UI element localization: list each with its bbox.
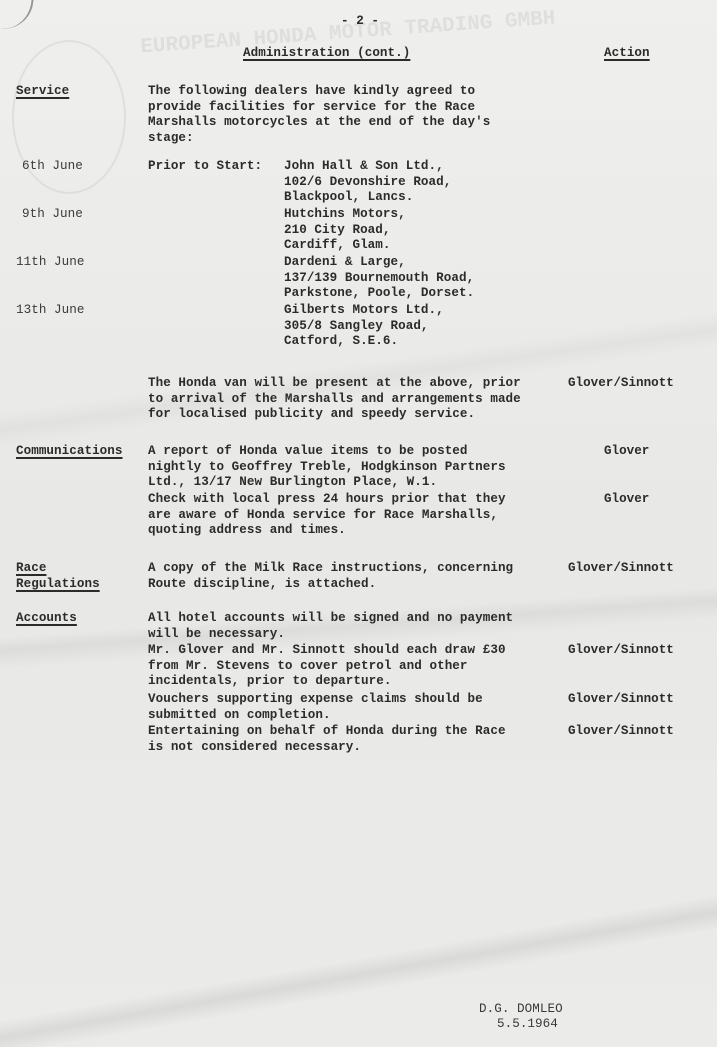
race-regulations-line: A copy of the Milk Race instructions, co…: [148, 561, 513, 577]
page-number: - 2 -: [341, 14, 379, 30]
dealer-address-line: Parkstone, Poole, Dorset.: [284, 286, 474, 302]
dealer-address-line: Gilberts Motors Ltd.,: [284, 303, 444, 319]
dealer-address-line: Blackpool, Lancs.: [284, 190, 413, 206]
dealer-date: 9th June: [22, 207, 83, 223]
action-accounts: Glover/Sinnott: [568, 692, 674, 706]
communications-line: nightly to Geoffrey Treble, Hodgkinson P…: [148, 460, 506, 476]
dealer-address-line: 137/139 Bournemouth Road,: [284, 271, 474, 287]
communications-line: quoting address and times.: [148, 523, 346, 539]
dealer-date: 6th June: [22, 159, 83, 175]
action-race-regulations: Glover/Sinnott: [568, 561, 674, 575]
service-intro-line: The following dealers have kindly agreed…: [148, 84, 475, 100]
document-page: EUROPEAN HONDA MOTOR TRADING GMBH - 2 - …: [0, 0, 717, 1047]
accounts-line: Vouchers supporting expense claims shoul…: [148, 692, 483, 708]
accounts-line: is not considered necessary.: [148, 740, 361, 756]
dealer-address-line: 102/6 Devonshire Road,: [284, 175, 451, 191]
section-label-accounts: Accounts: [16, 611, 77, 627]
dealer-date: 13th June: [16, 303, 84, 319]
section-label-service: Service: [16, 84, 69, 100]
dealer-date: 11th June: [16, 255, 84, 271]
service-intro-line: provide facilities for service for the R…: [148, 100, 475, 116]
signature-name: D.G. DOMLEO: [479, 1002, 563, 1018]
race-regulations-line: Route discipline, is attached.: [148, 577, 376, 593]
action-accounts: Glover/Sinnott: [568, 643, 674, 657]
communications-line: Ltd., 13/17 New Burlington Place, W.1.: [148, 475, 437, 491]
dealer-address-line: Dardeni & Large,: [284, 255, 406, 271]
dealer-address-line: Catford, S.E.6.: [284, 334, 398, 350]
dealer-address-line: 305/8 Sangley Road,: [284, 319, 429, 335]
communications-line: Check with local press 24 hours prior th…: [148, 492, 506, 508]
accounts-line: will be necessary.: [148, 627, 285, 643]
van-note-line: for localised publicity and speedy servi…: [148, 407, 475, 423]
page-heading: Administration (cont.): [243, 46, 410, 62]
dealer-address-line: 210 City Road,: [284, 223, 391, 239]
service-intro-line: Marshalls motorcycles at the end of the …: [148, 115, 490, 131]
action-van-note: Glover/Sinnott: [568, 376, 674, 390]
prior-to-start-label: Prior to Start:: [148, 159, 262, 175]
action-column-header: Action: [604, 46, 650, 62]
accounts-line: incidentals, prior to departure.: [148, 674, 391, 690]
service-intro-line: stage:: [148, 131, 194, 147]
accounts-line: from Mr. Stevens to cover petrol and oth…: [148, 659, 468, 675]
section-label-race: Race: [16, 561, 46, 577]
section-label-regulations: Regulations: [16, 577, 100, 593]
van-note-line: to arrival of the Marshalls and arrangem…: [148, 392, 521, 408]
communications-line: A report of Honda value items to be post…: [148, 444, 468, 460]
accounts-line: Mr. Glover and Mr. Sinnott should each d…: [148, 643, 506, 659]
dealer-address-line: Hutchins Motors,: [284, 207, 406, 223]
action-communications: Glover: [604, 492, 649, 506]
communications-line: are aware of Honda service for Race Mars…: [148, 508, 498, 524]
accounts-line: All hotel accounts will be signed and no…: [148, 611, 513, 627]
accounts-line: submitted on completion.: [148, 708, 331, 724]
accounts-line: Entertaining on behalf of Honda during t…: [148, 724, 506, 740]
section-label-communications: Communications: [16, 444, 123, 460]
signature-date: 5.5.1964: [497, 1017, 558, 1033]
page-corner-fold: [0, 0, 35, 33]
action-communications: Glover: [604, 444, 649, 458]
van-note-line: The Honda van will be present at the abo…: [148, 376, 521, 392]
dealer-address-line: John Hall & Son Ltd.,: [284, 159, 444, 175]
dealer-address-line: Cardiff, Glam.: [284, 238, 391, 254]
action-accounts: Glover/Sinnott: [568, 724, 674, 738]
